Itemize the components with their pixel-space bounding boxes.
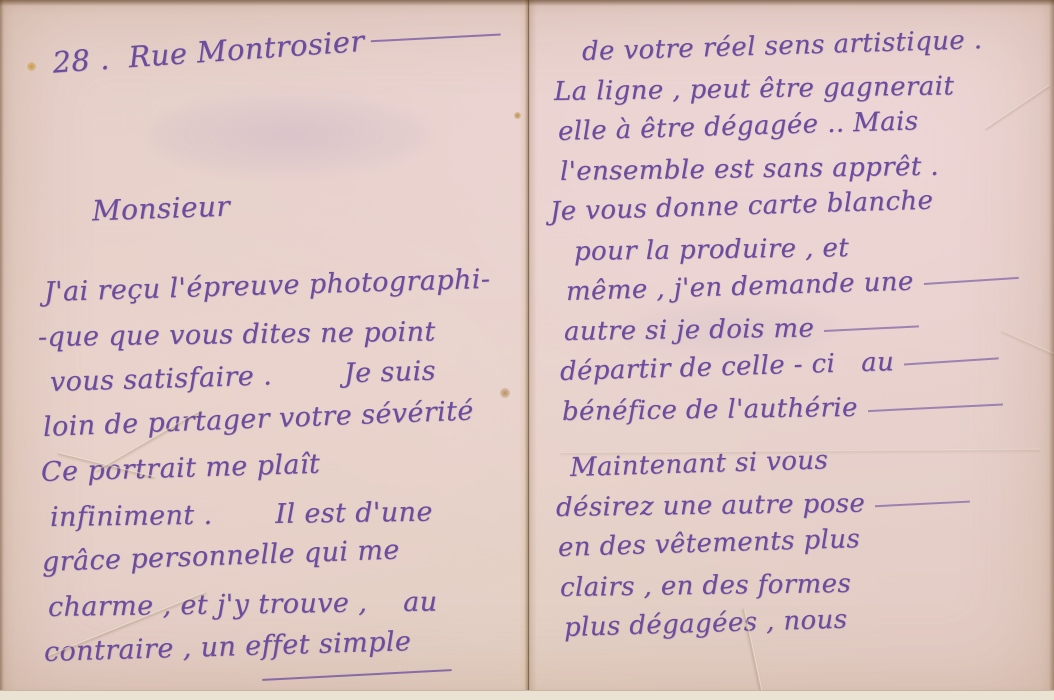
letter-scan: 28 . Rue Montrosier Monsieur J'ai reçu l…	[0, 0, 1054, 700]
paper-stain	[27, 62, 36, 71]
right-page-body: de votre réel sens artistique .La ligne …	[548, 32, 1050, 648]
handwritten-line: Maintenant si vous	[569, 434, 1050, 488]
paper-edge-left	[0, 0, 4, 700]
handwritten-line: de votre réel sens artistique .	[581, 18, 1050, 72]
salutation: Monsieur	[91, 190, 230, 228]
left-page-body: J'ai reçu l'épreuve photographi--que que…	[38, 270, 525, 675]
paper-edge-right	[1049, 0, 1054, 700]
address-line: 28 . Rue Montrosier	[51, 14, 501, 79]
paper-stain	[500, 388, 510, 398]
handwritten-line: J'ai reçu l'épreuve photographi-	[43, 256, 525, 315]
paper-edge-top	[0, 0, 1054, 6]
paper-edge-bottom	[0, 690, 1054, 700]
letter-page-right: de votre réel sens artistique .La ligne …	[540, 0, 1050, 700]
fold-crease-line	[528, 0, 529, 700]
paper-stain	[514, 112, 521, 119]
letter-page-left: 28 . Rue Montrosier Monsieur J'ai reçu l…	[30, 0, 525, 700]
handwritten-line: bénéfice de l'authérie	[562, 385, 1051, 432]
